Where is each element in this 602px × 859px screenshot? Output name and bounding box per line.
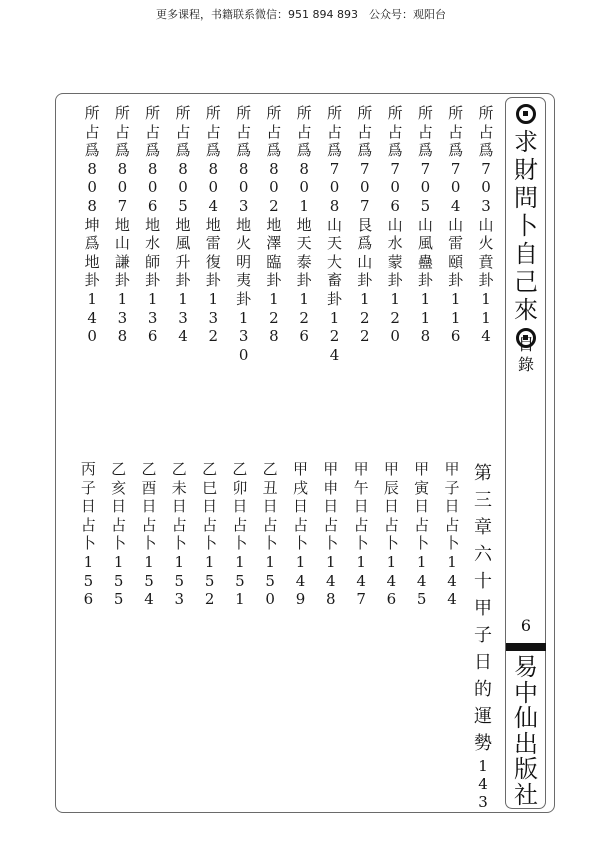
toc-entry: 所占爲703山火賁卦114 (476, 104, 496, 346)
toc-entry: 甲辰日占卜146 (381, 460, 401, 609)
toc-entry: 甲午日占卜147 (351, 460, 371, 609)
toc-entry: 所占爲808坤爲地卦140 (82, 104, 102, 346)
toc-entry: 乙卯日占卜151 (230, 460, 250, 609)
toc-entry: 所占爲708山天大畜卦124 (325, 104, 345, 364)
toc-entry: 甲申日占卜148 (321, 460, 341, 609)
toc-entry: 乙丑日占卜150 (260, 460, 280, 609)
watermark-banner: 更多课程，书籍联系微信：951 894 893 公众号：观阳台 (0, 0, 602, 30)
bullet-circle-icon (516, 104, 536, 124)
toc-entry: 乙亥日占卜155 (109, 460, 129, 609)
book-title-text: 求財問卜自己來 (514, 128, 538, 324)
section-label-contents: 目錄 (506, 335, 546, 375)
toc-entry: 甲戌日占卜149 (291, 460, 311, 609)
toc-entry: 所占爲707艮爲山卦122 (355, 104, 375, 346)
toc-entry: 所占爲807地山謙卦138 (112, 104, 132, 346)
toc-entry: 所占爲804地雷復卦132 (203, 104, 223, 346)
toc-entry: 甲子日占卜144 (442, 460, 462, 609)
toc-entry: 丙子日占卜156 (78, 460, 98, 609)
toc-entry: 所占爲705山風蠱卦118 (415, 104, 435, 346)
book-title: 求財問卜自己來 (506, 100, 546, 352)
publisher-name: 易中仙出版社 (506, 655, 546, 808)
toc-entry: 所占爲806地水師卦136 (143, 104, 163, 346)
toc-entry: 所占爲706山水蒙卦120 (385, 104, 405, 346)
toc-entry: 所占爲803地火明夷卦130 (234, 104, 254, 364)
toc-entry: 所占爲704山雷頤卦116 (446, 104, 466, 346)
divider-bar (506, 643, 546, 651)
toc-entry: 乙巳日占卜152 (200, 460, 220, 609)
chapter-heading: 第三章六十甲子日的運勢143 (470, 460, 496, 811)
toc-entry: 甲寅日占卜145 (412, 460, 432, 609)
toc-entry: 所占爲801地天泰卦126 (294, 104, 314, 346)
toc-entry: 乙酉日占卜154 (139, 460, 159, 609)
toc-entry: 所占爲805地風升卦134 (173, 104, 193, 346)
toc-entry: 乙未日占卜153 (169, 460, 189, 609)
toc-entry: 所占爲802地澤臨卦128 (264, 104, 284, 346)
page-number: 6 (506, 616, 546, 635)
